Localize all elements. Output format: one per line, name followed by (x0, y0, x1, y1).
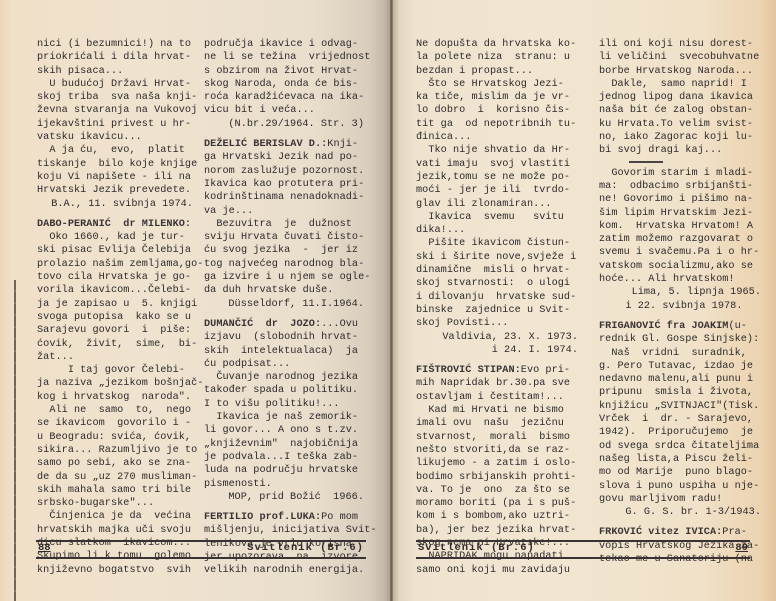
text-line: govu marljivom radu! (599, 494, 722, 505)
text-line: skoj stvarnosti: o ulogi (416, 278, 570, 289)
text-line: mišljenju, inicijativa Svit- (204, 525, 377, 536)
text-line: dinamične misli o hrvat- (416, 265, 570, 276)
text-line: ...Ovu (321, 319, 358, 330)
paragraph-gap (416, 357, 578, 364)
paragraph: Tko nije shvatio da Hr- vati imaju svoj … (416, 144, 578, 210)
text-line: slova i puno uspiha u nje- (599, 481, 759, 492)
paragraph-gap (204, 131, 364, 138)
text-column-1: nici (i bezumnici!) na to priokrićali i … (37, 38, 193, 577)
text-line: MOP, prid Božić 1966. (228, 492, 364, 503)
text-line: Ne dopušta da hrvatska ko- (416, 39, 576, 50)
text-line: šim lipim Hrvatskim Jezi- (599, 208, 753, 219)
text-line: kom i s bombom,ako uztri- (416, 511, 570, 522)
text-line: g. Pero Tutavac, izdao je (599, 361, 753, 372)
text-line: da duh hrvatske duše. (204, 285, 333, 296)
paragraph: Pišite ikavicom čistun- ski i širite nov… (416, 237, 578, 330)
author-heading: DABO-PERANIĆ dr MILENKO: (37, 219, 191, 230)
text-column-3: Ne dopušta da hrvatska ko- la polete niz… (416, 38, 578, 577)
text-line: pripunu smisla i života, (599, 387, 753, 398)
text-column-4: ili oni koji nisu dorest- li veličini sv… (599, 38, 761, 566)
text-line: kom. Hrvatska Hrvatom! A (599, 221, 753, 232)
paragraph: Ali ne samo to, nego se ikavicom govoril… (37, 404, 193, 510)
text-line: Bezuvitra je dužnost (204, 219, 352, 230)
text-line: luda na području hrvatske (204, 465, 358, 476)
paragraph: Ikavica je naš zemorik- li govor... A on… (204, 411, 364, 491)
text-line: se ikavicom govorilo i - (37, 418, 191, 429)
text-line: ma: odbacimo srbijanšti- (599, 181, 753, 192)
text-line: ski i širite nove,svježe i (416, 252, 576, 263)
page-number: 89 (735, 542, 748, 555)
text-line: kodrinštinama nenadoknadi- (204, 192, 364, 203)
text-line: Po mom (321, 512, 358, 523)
text-line: skih intelektualaca) ja (204, 346, 358, 357)
text-line: Tko nije shvatio da Hr- (416, 145, 570, 156)
text-line: bezdan i propast... (416, 66, 533, 77)
paragraph: I taj govor Čelebi- ja naziva „jezikom b… (37, 364, 193, 404)
entry-heading-paragraph: FRIGANOVIĆ fra JOAKIM(u- rednik Gl. Gosp… (599, 320, 761, 347)
text-line: lo dobro i korisno čis- (416, 105, 570, 116)
text-line: velikih narodnih energija. (204, 565, 364, 576)
paragraph: Valdivia, 23. X. 1973. i 24. I. 1974. (416, 331, 578, 358)
text-line: đinica... (416, 132, 471, 143)
text-line: nici (i bezumnici!) na to (37, 39, 191, 50)
paragraph: Ikavica svemu svitu dika!... (416, 211, 578, 238)
entry-heading-paragraph: DUMANČIĆ dr JOZO:...Ovu izjavu (slobodni… (204, 318, 364, 371)
paragraph: A ja ću, evo, platit tiskanje bilo koje … (37, 144, 193, 197)
text-line: od svega srdca čitateljima (599, 441, 759, 452)
text-line: ćovik, živit, sime, bi- (37, 339, 197, 350)
text-line: jednog lipog dana ikavica (599, 92, 753, 103)
text-line: ga Hrvatski Jezik nad po- (204, 152, 358, 163)
paragraph: Bezuvitra je dužnost sviju Hrvata čuvati… (204, 218, 364, 298)
text-line: tiskanje bilo koje knjige (37, 159, 197, 170)
text-line: Düsseldorf, 11.I.1964. (228, 299, 364, 310)
text-line: Pišite ikavicom čistun- (416, 238, 570, 249)
text-line: Hrvatski Jezik prevedete. (37, 185, 191, 196)
text-line: tog najvećeg narodnog bla- (204, 259, 364, 270)
text-line: skog Naroda, onda će bis- (204, 79, 358, 90)
text-line: nešto stvoriti,da se raz- (416, 445, 570, 456)
text-line: ba), jer bez jezika hrvat- (416, 525, 576, 536)
text-line: zatim možemo razgovarat o (599, 234, 753, 245)
text-line: bi svoj dragi kaj... (599, 145, 722, 156)
text-line: ne! Govorimo i pišimo na- (599, 194, 753, 205)
text-line: u Beogradu: svića, ćovik, (37, 432, 191, 443)
text-column-2: područja ikavice i odvag- ne li se težin… (204, 38, 364, 578)
text-line: sviju Hrvata čuvati čisto- (204, 232, 364, 243)
text-line: izjavu (slobodnih hrvat- (204, 332, 358, 343)
text-line: hrvatskih majka uči svoju (37, 525, 191, 536)
text-line: kog i hrvatskog naroda". (37, 392, 191, 403)
text-line: borbe Hrvatskog Naroda... (599, 66, 753, 77)
text-line: nedavno malenu,ali punu i (599, 374, 753, 385)
text-line: skoj Povisti... (416, 318, 508, 329)
text-line: također spada u politiku. (204, 385, 358, 396)
running-title: Svitlenik (Br.6) (418, 542, 535, 555)
paragraph: ili oni koji nisu dorest- li veličini sv… (599, 38, 761, 78)
text-line: dika!... (416, 225, 465, 236)
paragraph: U budućoj Državi Hrvat- skoj triba sva n… (37, 78, 193, 144)
text-line: vati imaju svoj vlastiti (416, 159, 570, 170)
text-line: Lima, 5. lipnja 1965. (632, 287, 761, 298)
text-line: li veličini svecobuhvatne (599, 52, 759, 63)
text-line: Ikavica je naš zemorik- (204, 412, 358, 423)
text-line: mo od Marije puno blago- (599, 467, 753, 478)
paragraph-gap (204, 504, 364, 511)
text-line: de da su „uz 270 musliman- (37, 472, 197, 483)
text-line: Sarajevu govori i piše: (37, 325, 191, 336)
text-line: (u- (728, 321, 747, 332)
paragraph: B.A., 11. svibnja 1974. (37, 198, 193, 211)
paragraph: G. G. S. br. 1-3/1943. (599, 506, 761, 519)
book-gutter (390, 0, 393, 601)
author-heading: DUMANČIĆ dr JOZO: (204, 319, 321, 330)
text-line: knjižicu „SVITNJACI"(Tisk. (599, 401, 759, 412)
text-line: Valdivia, 23. X. 1973. (442, 332, 578, 343)
text-line: imali ovu našu jezičnu (416, 418, 564, 429)
text-line: moramo boriti (pa i s puš- (416, 498, 576, 509)
author-heading: FIŠTROVIĆ STIPAN: (416, 365, 521, 376)
left-page-footer: 88 Svitlenik (Br.6) (36, 540, 366, 559)
text-line: va je... (204, 206, 253, 217)
text-line: skoj triba sva naša knji- (37, 92, 197, 103)
text-line: G. G. S. br. 1-3/1943. (625, 507, 761, 518)
text-line: i 22. svibnja 1978. (625, 301, 761, 312)
text-line: srbsko-bugarske"... (37, 498, 154, 509)
text-line: Čuvanje narodnog jezika (204, 372, 358, 383)
text-line: naša bit će zalog obstan- (599, 105, 753, 116)
text-line: Što se Hrvatskog Jezi- (416, 79, 564, 90)
text-line: i 24. I. 1974. (492, 345, 578, 356)
paragraph: Čuvanje narodnog jezika također spada u … (204, 371, 364, 411)
text-line: Ikavica kao protutera pri- (204, 179, 364, 190)
text-line: Ikavica svemu svitu (416, 212, 564, 223)
text-line: Ali ne samo to, nego (37, 405, 191, 416)
text-line: je podvala...I teška zab- (204, 452, 358, 463)
text-line: pismenosti. (204, 479, 272, 490)
text-line: I taj govor Čelebi- (37, 365, 185, 376)
text-line: la polete niza stranu: u (416, 52, 570, 63)
paragraph-gap (599, 519, 761, 526)
text-line: binske zajednice u Svit- (416, 305, 570, 316)
paragraph: Govorim starim i mladi- ma: odbacimo srb… (599, 167, 761, 287)
text-line: svemu i svačemu.Pa i o hr- (599, 247, 759, 258)
paragraph: Düsseldorf, 11.I.1964. (204, 298, 364, 311)
text-line: ku Hrvata.To velim svist- (599, 119, 753, 130)
text-line: ću svog jezika - jer iz (204, 245, 358, 256)
text-line: vicu bit i veća... (204, 105, 315, 116)
text-line: rednik Gl. Gospe Sinjske): (599, 334, 759, 345)
text-line: skih mahala samo tri bile (37, 485, 191, 496)
author-heading: DEŽELIĆ BERISLAV D.: (204, 139, 327, 150)
text-line: ću podpisat... (204, 359, 290, 370)
page-number: 88 (38, 542, 51, 555)
paragraph: Dakle, samo naprid! I jednog lipog dana … (599, 78, 761, 158)
running-title: Svitlenik (Br.6) (247, 542, 364, 555)
text-line: našeg lista,a Piscu želi- (599, 454, 753, 465)
text-line: hoće... Ali hrvatskom! (599, 274, 735, 285)
book-spread: nici (i bezumnici!) na to priokrićali i … (0, 0, 776, 601)
text-line: ka tiče, mislim da je vr- (416, 92, 570, 103)
paragraph: Lima, 5. lipnja 1965. i 22. svibnja 1978… (599, 286, 761, 313)
text-line: 1942). Priporučujemo je (599, 427, 753, 438)
text-line: li govor... A ono s t.zv. (204, 425, 358, 436)
text-line: s obzirom na život Hrvat- (204, 66, 358, 77)
paragraph: (N.br.29/1964. Str. 3) (204, 118, 364, 131)
text-line: Knji- (327, 139, 358, 150)
entry-heading-paragraph: DEŽELIĆ BERISLAV D.:Knji- ga Hrvatski Je… (204, 138, 364, 218)
paragraph: MOP, prid Božić 1966. (204, 491, 364, 504)
text-line: vatsku ikavicu... (37, 132, 142, 143)
text-line: Kad mi Hrvati ne bismo (416, 405, 564, 416)
text-line: B.A., 11. svibnja 1974. (51, 199, 193, 210)
text-line: Činjenica je da većina (37, 511, 191, 522)
text-line: sikira... Razumljivo je to (37, 445, 197, 456)
paragraph: Naš vridni suradnik, g. Pero Tutavac, iz… (599, 347, 761, 507)
text-line: „književnim" najobičnija (204, 439, 358, 450)
text-line: Dakle, samo naprid! I (599, 79, 747, 90)
text-line: vorila ikavicom...Čelebi- (37, 285, 191, 296)
text-line: prolazio našim zemljama,go- (37, 259, 203, 270)
text-line: I to višu politiku!... (204, 399, 340, 410)
text-line: žat... (37, 352, 74, 363)
text-line: samo oni koji mu zavidaju (416, 565, 570, 576)
text-line: (N.br.29/1964. Str. 3) (228, 119, 364, 130)
paragraph-gap (599, 313, 761, 320)
text-line: Oko 1660., kad je tur- (37, 232, 185, 243)
author-heading: FRKOVIĆ vitez IVICA: (599, 527, 722, 538)
text-line: bodimo srbijanskih prohti- (416, 472, 576, 483)
text-line: priokrićali i dila hrvat- (37, 52, 191, 63)
text-line: ne li se težina vrijednost (204, 52, 370, 63)
section-divider (629, 161, 663, 163)
text-line: no, iako Zagorac koji lu- (599, 132, 753, 143)
text-line: ijekavštini privest u hr- (37, 119, 191, 130)
text-line: vatskom socializmu,ako se (599, 261, 753, 272)
text-line: književno bogatstvo svih (37, 565, 191, 576)
text-line: i dilovanju hrvatske sud- (416, 292, 576, 303)
text-line: moći - jer je ili tvrdo- (416, 185, 570, 196)
text-line: svoga putopisa kako se u (37, 312, 191, 323)
text-line: ski pisac Evlija Čelebija (37, 245, 191, 256)
paragraph: Što se Hrvatskog Jezi- ka tiče, mislim d… (416, 78, 578, 144)
text-line: norom zaslužuje pozornost. (204, 166, 364, 177)
text-line: tovo cila Hrvatska je go- (37, 272, 191, 283)
text-line: skih pisaca... (37, 66, 123, 77)
text-line: jezik,tomu se ne može po- (416, 172, 570, 183)
text-line: glav ili zlonamiran... (416, 199, 552, 210)
text-line: ga izvire i u njem se ogle- (204, 272, 370, 283)
text-line: va. To je ono za što se (416, 485, 570, 496)
text-line: A ja ću, evo, platit (37, 145, 185, 156)
text-line: Naš vridni suradnik, (599, 348, 747, 359)
text-line: ili oni koji nisu dorest- (599, 39, 753, 50)
text-line: stvarnost, morali bismo (416, 432, 570, 443)
text-line: ževna stvaranja na Vukovoj (37, 105, 197, 116)
entry-heading-paragraph: DABO-PERANIĆ dr MILENKO: (37, 218, 193, 231)
text-line: mih Napridak br.30.pa sve (416, 378, 570, 389)
text-line: Pra- (722, 527, 747, 538)
text-line: samo po sebi, ako se zna- (37, 458, 191, 469)
text-line: likujemo - a zatim i oslo- (416, 458, 576, 469)
paragraph: Oko 1660., kad je tur- ski pisac Evlija … (37, 231, 193, 364)
page-edge-marks (14, 280, 16, 601)
text-line: područja ikavice i odvag- (204, 39, 358, 50)
text-line: tit ga od nepotribnih tu- (416, 119, 576, 130)
paragraph-gap (204, 311, 364, 318)
author-heading: FERTILIO prof.LUKA: (204, 512, 321, 523)
text-line: roća karadžićevaca na ika- (204, 92, 364, 103)
paragraph: Ne dopušta da hrvatska ko- la polete niz… (416, 38, 578, 78)
text-line: U budućoj Državi Hrvat- (37, 79, 191, 90)
text-line: Vrček i dr. - Sarajevo, (599, 414, 753, 425)
right-page-footer: Svitlenik (Br.6) 89 (416, 540, 750, 559)
text-line: Evo pri- (521, 365, 570, 376)
text-line: ostavljam i čestitam!... (416, 392, 564, 403)
text-line: koju Vi napišete - ili na (37, 172, 191, 183)
paragraph-gap (37, 211, 193, 218)
author-heading: FRIGANOVIĆ fra JOAKIM (599, 321, 728, 332)
entry-heading-paragraph: FIŠTROVIĆ STIPAN:Evo pri- mih Napridak b… (416, 364, 578, 404)
paragraph: Kad mi Hrvati ne bismo imali ovu našu je… (416, 404, 578, 550)
paragraph: područja ikavice i odvag- ne li se težin… (204, 38, 364, 118)
text-line: Govorim starim i mladi- (599, 168, 753, 179)
text-line: ja je zapisao u 5. knjigi (37, 299, 197, 310)
text-line: ja naziva „jezikom bošnjač- (37, 378, 203, 389)
paragraph: nici (i bezumnici!) na to priokrićali i … (37, 38, 193, 78)
